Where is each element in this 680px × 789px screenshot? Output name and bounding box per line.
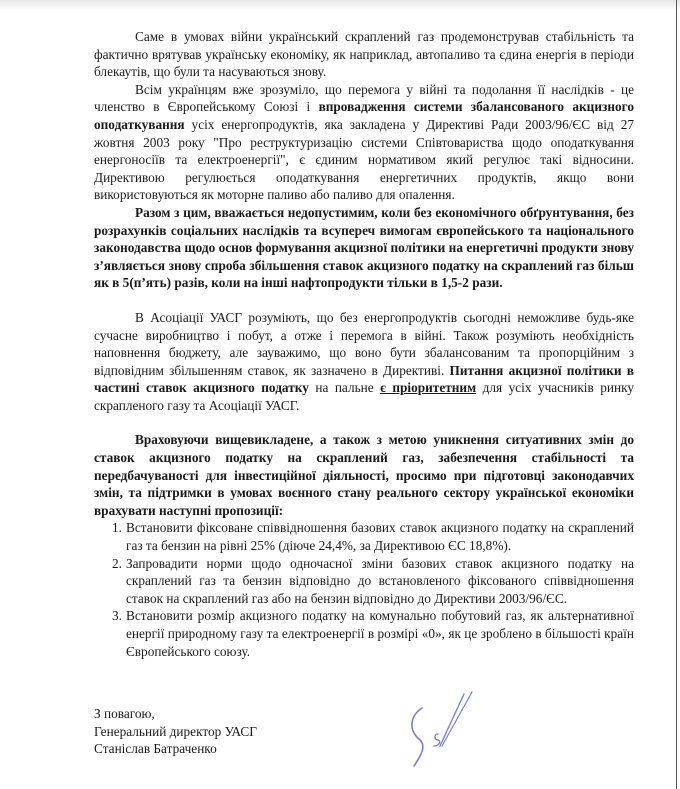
closing-regards: З повагою, — [94, 705, 257, 723]
paragraph-request: Враховуючи вищевикладене, а також з мето… — [94, 431, 634, 519]
closing-position: Генеральний директор УАСГ — [94, 723, 257, 741]
closing-name: Станіслав Батраченко — [94, 740, 257, 758]
proposals-list: 1.Встановити фіксоване співвідношення ба… — [94, 519, 634, 660]
page-right-border — [676, 0, 677, 789]
paragraph-lpg-stability: Саме в умовах війни український скраплен… — [94, 28, 634, 81]
handwritten-signature-icon — [400, 690, 480, 770]
proposal-item: 1.Встановити фіксоване співвідношення ба… — [126, 519, 634, 554]
proposal-item: 2.Запровадити норми щодо одночасної змін… — [126, 555, 634, 608]
underlined-priority: є пріоритетним — [380, 380, 476, 395]
paragraph-unacceptable-increase: Разом з цим, вважається недопустимим, ко… — [94, 204, 634, 292]
closing-block: З повагою, Генеральний директор УАСГ Ста… — [94, 705, 257, 758]
proposal-item: 3.Встановити розмір акцизного податку на… — [126, 607, 634, 660]
letter-body: Саме в умовах війни український скраплен… — [94, 28, 634, 660]
paragraph-eu-directive: Всім українцям вже зрозуміло, що перемог… — [94, 81, 634, 204]
paragraph-uasg-position: В Асоціації УАСГ розуміють, що без енерг… — [94, 309, 634, 415]
page-top-shadow — [0, 0, 680, 10]
